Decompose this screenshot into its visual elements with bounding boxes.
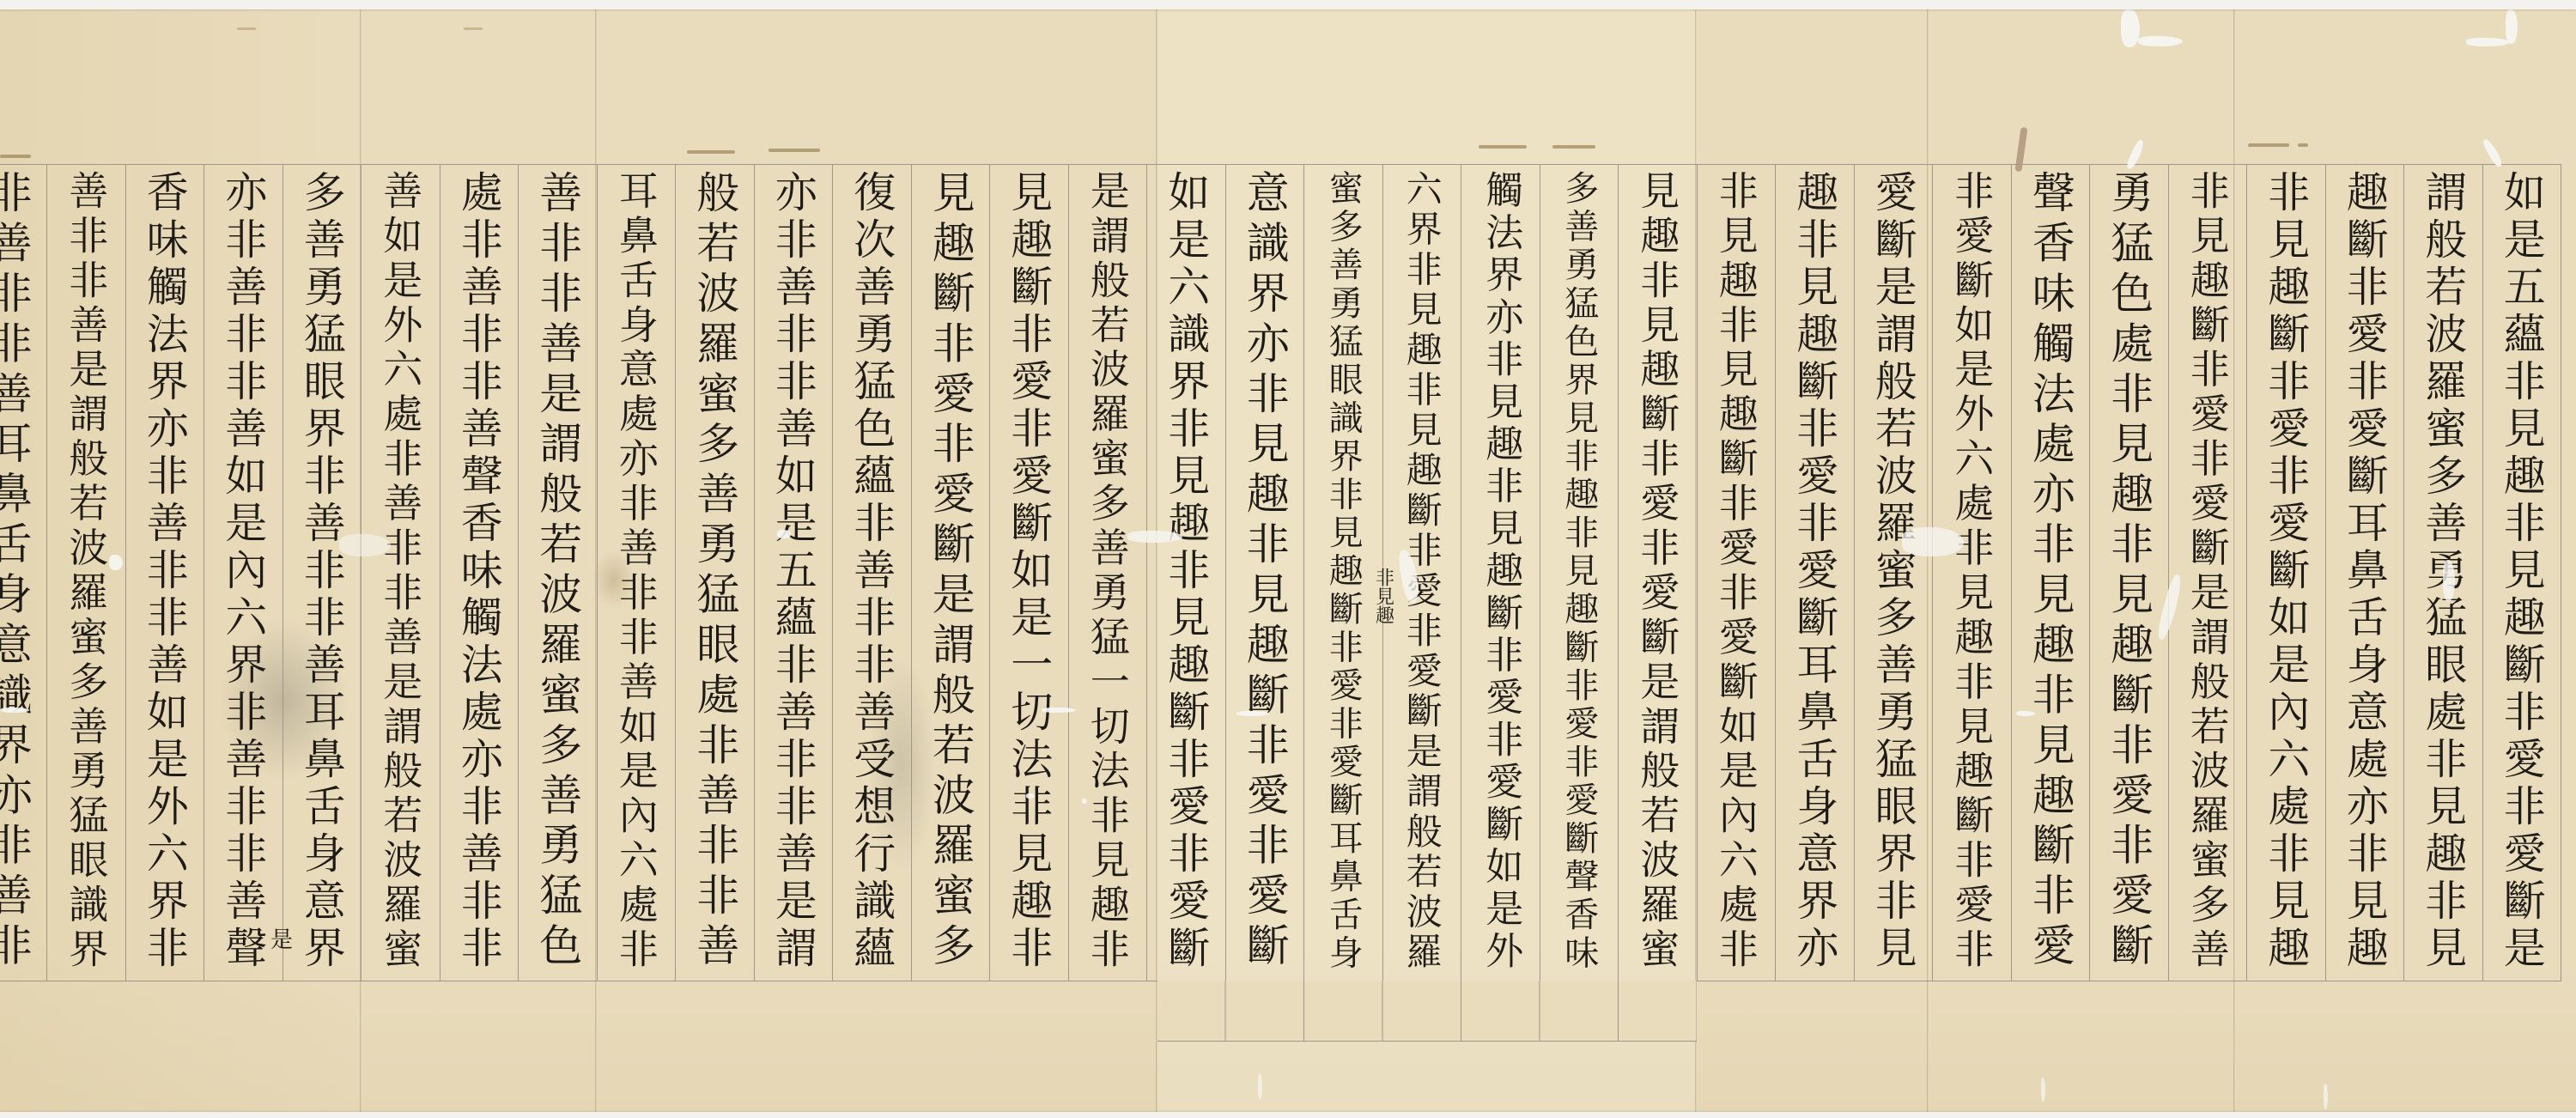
paper-damage [2443,560,2455,601]
scroll-bottom-edge [0,1112,2576,1118]
column-text: 見趣斷非愛非愛斷如是一切法非見趣非 [1008,170,1050,973]
column-text: 亦非善非非善如是五蘊非善非非善是謂 [772,170,814,973]
text-column: 六界非見趣非見趣斷非愛非愛斷是謂般若波羅 [1383,165,1462,981]
column-text: 非見趣斷非愛非愛斷是謂般若波羅蜜多善 [2188,170,2227,973]
paper-damage [1042,708,1076,713]
column-text: 趣斷非愛非愛斷耳鼻舌身意處亦非見趣 [2343,170,2385,973]
binding-mark [2298,143,2308,147]
column-text: 意識界亦非見趣非見趣斷非愛非愛斷 [1243,170,1286,973]
paper-damage [777,530,791,538]
column-text: 是謂般若波羅蜜多善勇猛一切法非見趣非 [1088,170,1127,973]
column-text: 香味觸法界亦非善非非善如是外六界非 [143,170,185,973]
text-column: 趣非見趣斷非愛非愛斷耳鼻舌身意界亦 [1776,165,1855,981]
text-column: 觸法界亦非見趣非見趣斷非愛非愛斷如是外 [1461,165,1540,981]
column-text: 耳鼻舌身意處亦非善非非善如是內六處非 [617,170,656,973]
paper-damage [1902,527,1964,556]
text-column: 如是六識界非見趣非見趣斷非愛非愛斷 [1147,165,1226,981]
text-column: 善非非善是謂般若波羅蜜多善勇猛色 [519,165,598,981]
text-column: 愛斷是謂般若波羅蜜多善勇猛眼界非見 [1855,165,1934,981]
column-text: 趣非見趣斷非愛非愛斷耳鼻舌身意界亦 [1794,170,1836,973]
column-text: 亦非善非非善如是內六界非善非非善聲 [222,170,264,973]
text-column: 亦非善非非善如是內六界非善非非善聲是 [204,165,283,981]
text-column: 多善勇猛色界見非趣非見趣斷非愛非愛斷聲香味 [1540,165,1619,981]
column-text: 如是六識界非見趣非見趣斷非愛非愛斷 [1165,170,1207,973]
paper-damage [0,708,29,713]
text-column: 是謂般若波羅蜜多善勇猛一切法非見趣非 [1069,165,1148,981]
binding-mark [687,150,735,154]
text-column: 非見趣斷非愛非愛斷如是內六處非見趣 [2247,165,2326,981]
paper-damage [2138,36,2183,46]
paper-damage [2506,9,2518,44]
binding-mark [2248,143,2289,147]
text-column: 見趣非見趣斷非愛非愛斷是謂般若波羅蜜 [1619,165,1698,981]
column-text: 聲香味觸法處亦非見趣非見趣斷非愛 [2029,170,2072,973]
text-column: 意識界亦非見趣非見趣斷非愛非愛斷 [1226,165,1305,981]
text-column: 見趣斷非愛非愛斷如是一切法非見趣非 [990,165,1069,981]
paper-damage [2466,38,2509,46]
ruled-extension [1157,981,1697,1042]
interlinear-correction: 非見趣 [1374,568,1393,624]
column-text: 勇猛色處非見趣非見趣斷非愛非愛斷 [2107,170,2150,973]
column-text: 非見趣非見趣斷非愛非愛斷如是內六處非 [1716,170,1756,973]
column-text: 善如是外六處非善非非善是謂般若波羅蜜 [380,170,420,973]
column-text: 多善勇猛眼界非善非非善耳鼻舌身意界 [301,170,343,973]
text-column: 耳鼻舌身意處亦非善非非善如是內六處非 [598,165,677,981]
column-text: 多善勇猛色界見非趣非見趣斷非愛非愛斷聲香味 [1562,170,1596,973]
text-column: 非善非非善耳鼻舌身意識界亦非善非 [0,165,47,981]
text-column: 善非非善是謂般若波羅蜜多善勇猛眼識界 [47,165,126,981]
manuscript-scroll: 如是五蘊非見趣非見趣斷非愛非愛斷是 謂般若波羅蜜多善勇猛眼處非見趣非見 趣斷非愛… [0,0,2576,1118]
column-text: 非見趣斷非愛非愛斷如是內六處非見趣 [2265,170,2307,973]
paper-damage [1082,799,1087,804]
text-column: 聲香味觸法處亦非見趣非見趣斷非愛 [2012,165,2091,981]
text-column: 蜜多善勇猛眼識界非見趣斷非愛非愛斷耳鼻舌身非見趣 [1304,165,1383,981]
text-column: 善如是外六處非善非非善是謂般若波羅蜜 [361,165,440,981]
paper-damage [1236,711,1269,716]
paper-damage [109,555,123,570]
binding-mark [1479,145,1527,149]
paper-damage [2121,9,2140,47]
column-text: 觸法界亦非見趣非見趣斷非愛非愛斷如是外 [1481,170,1519,973]
text-column: 復次善勇猛色蘊非善非非善受想行識蘊 [833,165,912,981]
column-text: 見趣斷非愛非愛斷是謂般若波羅蜜多 [929,170,972,973]
column-text: 見趣非見趣斷非愛非愛斷是謂般若波羅蜜 [1637,170,1677,973]
paper-damage [339,534,391,556]
column-text: 愛斷是謂般若波羅蜜多善勇猛眼界非見 [1872,170,1914,973]
text-column: 非愛斷如是外六處非見趣非見趣斷非愛非 [1933,165,2012,981]
column-text: 如是五蘊非見趣非見趣斷非愛非愛斷是 [2500,170,2543,973]
text-column: 如是五蘊非見趣非見趣斷非愛非愛斷是 [2483,165,2562,981]
paper-damage [2016,711,2035,716]
text-column: 非見趣非見趣斷非愛非愛斷如是內六處非 [1698,165,1777,981]
text-column: 處非善非非善聲香味觸法處亦非善非非 [440,165,519,981]
column-text: 善非非善是謂般若波羅蜜多善勇猛色 [536,170,579,973]
text-column: 見趣斷非愛非愛斷是謂般若波羅蜜多 [912,165,991,981]
column-text: 般若波羅蜜多善勇猛眼處非善非非善 [693,170,736,973]
text-column: 非見趣斷非愛非愛斷是謂般若波羅蜜多善 [2169,165,2248,981]
paper-damage [2324,1084,2328,1109]
column-text: 非善非非善耳鼻舌身意識界亦非善非 [0,170,29,973]
paper-damage [1258,1073,1262,1099]
paper-damage [1026,793,1035,799]
scroll-top-edge [0,0,2576,9]
paper-damage [1127,531,1182,543]
binding-mark [237,27,256,30]
ruled-text-grid: 如是五蘊非見趣非見趣斷非愛非愛斷是 謂般若波羅蜜多善勇猛眼處非見趣非見 趣斷非愛… [0,164,2561,981]
text-column: 勇猛色處非見趣非見趣斷非愛非愛斷 [2090,165,2169,981]
binding-mark [1552,145,1595,149]
paper-damage [2041,1078,2045,1102]
text-column: 香味觸法界亦非善非非善如是外六界非 [126,165,205,981]
interlinear-correction: 是 [269,927,291,950]
binding-mark [464,27,483,30]
binding-mark [0,155,31,158]
column-text: 非愛斷如是外六處非見趣非見趣斷非愛非 [1952,170,1991,973]
binding-mark [769,149,820,152]
column-text: 復次善勇猛色蘊非善非非善受想行識蘊 [851,170,893,973]
text-column: 般若波羅蜜多善勇猛眼處非善非非善 [676,165,755,981]
column-text: 處非善非非善聲香味觸法處亦非善非非 [458,170,500,973]
column-text: 善非非善是謂般若波羅蜜多善勇猛眼識界 [66,170,106,973]
text-column: 多善勇猛眼界非善非非善耳鼻舌身意界 [283,165,362,981]
column-text: 蜜多善勇猛眼識界非見趣斷非愛非愛斷耳鼻舌身 [1326,170,1360,973]
text-column: 趣斷非愛非愛斷耳鼻舌身意處亦非見趣 [2326,165,2405,981]
text-column: 亦非善非非善如是五蘊非善非非善是謂 [755,165,834,981]
